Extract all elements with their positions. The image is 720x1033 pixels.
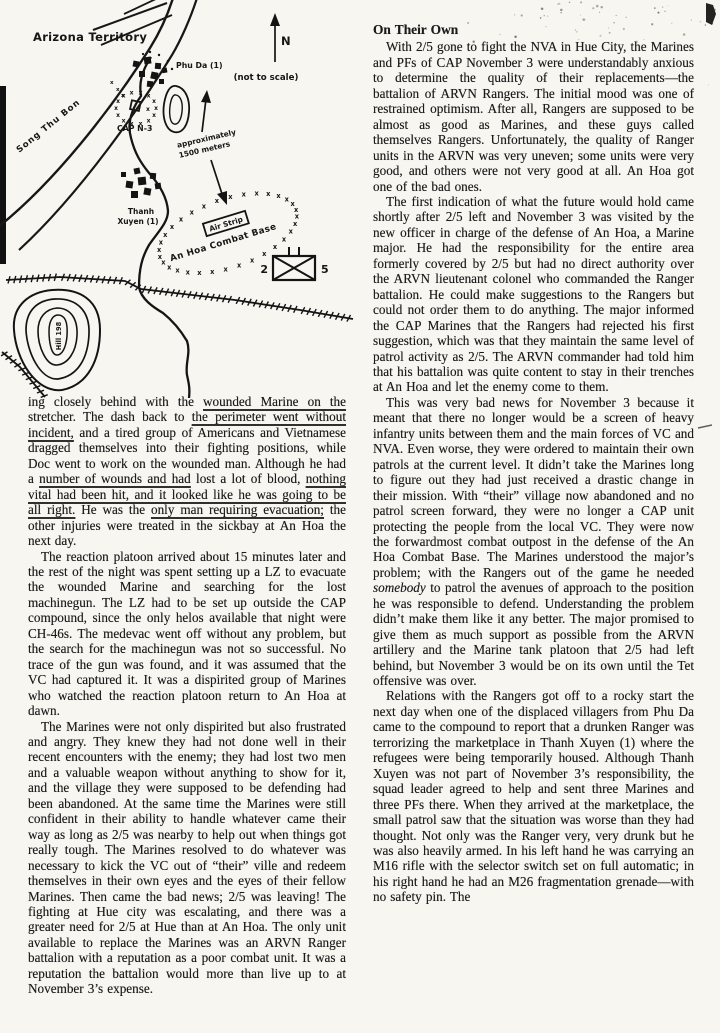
right-text-column: On Their Own With 2/5 gone to fight the … [373, 22, 694, 1033]
scan-artifact-bar [0, 86, 6, 264]
map-label-river: Song Thu Bon [15, 98, 83, 156]
svg-text:x: x [114, 105, 118, 112]
svg-text:x: x [167, 263, 172, 271]
unit-number-left: 2 [260, 263, 268, 276]
unit-number-right: 5 [321, 263, 329, 276]
map-label-thanh: Thanh [128, 207, 154, 216]
paragraph: This was very bad news for November 3 be… [373, 395, 694, 689]
scanned-book-page: Song Thu Bon Arizona Territory N (not to… [0, 0, 720, 1033]
cap-compound-mark: x [146, 106, 150, 113]
svg-text:x: x [262, 250, 267, 258]
an-hoa-base-wire-ring: xxxxxxxxxxxxxxxxxxxxxxxxxxxxxxxx [157, 190, 300, 278]
left-text-column: ing closely behind with the wounded Mari… [28, 394, 346, 1033]
svg-text:x: x [122, 93, 126, 100]
paragraph: The first indication of what the future … [373, 194, 694, 395]
section-heading: On Their Own [373, 22, 694, 37]
scan-artifact-dash [698, 425, 712, 428]
svg-text:x: x [250, 256, 255, 264]
svg-text:x: x [237, 262, 242, 270]
svg-text:x: x [116, 98, 120, 105]
svg-text:x: x [116, 87, 120, 93]
svg-text:x: x [147, 93, 151, 100]
distance-annotation: approximately 1500 meters [176, 90, 237, 205]
paragraph: Relations with the Rangers got off to a … [373, 688, 694, 904]
svg-text:x: x [179, 216, 184, 224]
svg-text:x: x [215, 197, 220, 205]
scan-artifact-blob [706, 3, 716, 25]
village-thanh-xuyen [121, 167, 161, 198]
svg-text:x: x [152, 98, 156, 105]
paragraph: The Marines were not only dispirited but… [28, 719, 346, 997]
svg-text:x: x [266, 190, 271, 198]
map-label-phu-da: Phu Da (1) [176, 61, 223, 70]
svg-text:x: x [197, 269, 202, 277]
map-label-north: N [281, 34, 291, 48]
svg-text:x: x [163, 231, 168, 239]
map-label-not-to-scale: (not to scale) [234, 73, 299, 83]
svg-text:x: x [152, 112, 156, 119]
svg-text:x: x [276, 192, 281, 200]
unit-symbol-2-5: 2 5 [260, 247, 328, 280]
svg-text:x: x [116, 112, 120, 119]
map-label-arizona-territory: Arizona Territory [33, 30, 147, 44]
svg-text:x: x [202, 202, 207, 210]
svg-text:x: x [170, 223, 175, 231]
north-arrow: N [270, 13, 291, 62]
paragraph: The reaction platoon arrived about 15 mi… [28, 549, 346, 719]
svg-text:x: x [242, 191, 247, 199]
svg-text:x: x [293, 220, 298, 228]
svg-text:x: x [210, 268, 215, 276]
map-label-xuyen-1: Xuyen (1) [117, 217, 158, 226]
svg-text:x: x [223, 265, 228, 273]
svg-text:x: x [254, 190, 259, 198]
railroad-line-corner [1, 352, 48, 398]
svg-text:x: x [228, 193, 233, 201]
svg-text:x: x [157, 246, 162, 254]
small-knoll-contour [163, 86, 189, 132]
svg-text:x: x [290, 200, 295, 208]
svg-text:x: x [186, 269, 191, 277]
svg-text:x: x [175, 267, 180, 275]
hand-drawn-map: Song Thu Bon Arizona Territory N (not to… [0, 0, 360, 398]
svg-text:x: x [159, 239, 164, 247]
svg-text:x: x [110, 80, 114, 86]
svg-text:x: x [190, 209, 195, 217]
paragraph: With 2/5 gone to fight the NVA in Hue Ci… [373, 39, 694, 194]
svg-text:x: x [285, 195, 290, 203]
map-label-hill: Hill 198 [55, 321, 63, 350]
svg-text:x: x [139, 90, 143, 97]
svg-text:x: x [130, 90, 134, 97]
svg-text:x: x [289, 228, 294, 236]
svg-text:x: x [273, 243, 278, 251]
map-label-cap-n3: CAP N-3 [117, 124, 152, 133]
svg-text:x: x [282, 236, 287, 244]
paragraph: ing closely behind with the wounded Mari… [28, 394, 346, 549]
